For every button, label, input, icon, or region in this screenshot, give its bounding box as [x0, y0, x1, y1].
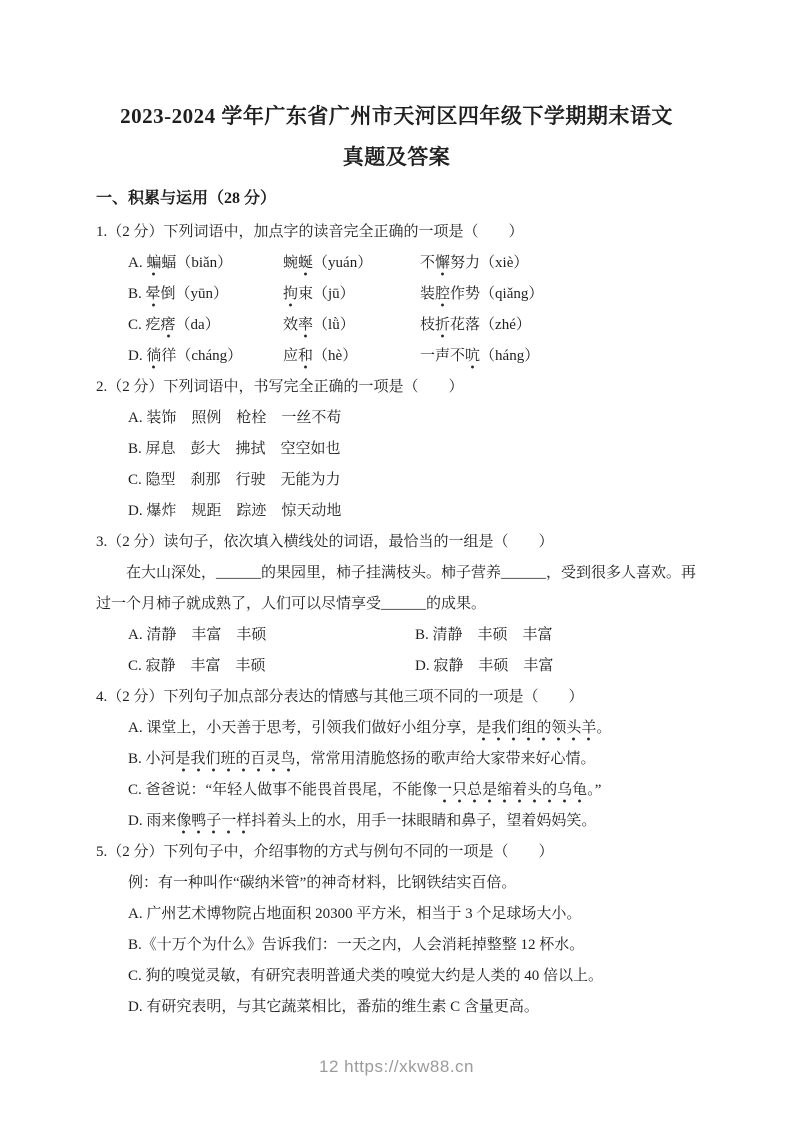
section-heading: 一、积累与运用（28 分） [96, 188, 697, 210]
document-title-line-2: 真题及答案 [96, 137, 697, 178]
question-1-stem: 1.（2 分）下列词语中，加点字的读音完全正确的一项是（ ） [96, 222, 697, 242]
question-1-option-c: C. 疙瘩（da） 效率（lǜ） 枝折花落（zhé） [96, 315, 697, 335]
question-5-option-b: B.《十万个为什么》告诉我们：一天之内，人会消耗掉整整 12 杯水。 [96, 935, 697, 955]
question-3-option-b: B. 清静 丰硕 丰富 [415, 625, 697, 645]
option-word: A. 蝙蝠（biǎn） [128, 253, 283, 273]
question-4: 4.（2 分）下列句子加点部分表达的情感与其他三项不同的一项是（ ） A. 课堂… [96, 687, 697, 831]
option-word: 枝折花落（zhé） [420, 315, 697, 335]
question-5-example: 例：有一种叫作“碳纳米管”的神奇材料，比钢铁结实百倍。 [96, 873, 697, 893]
option-word: 效率（lǜ） [283, 315, 420, 335]
option-word: 应和（hè） [283, 346, 420, 366]
option-word: 拘束（jū） [283, 284, 420, 304]
page-footer: 12 https://xkw88.cn [0, 1057, 793, 1077]
question-3-options-row-2: C. 寂静 丰富 丰硕 D. 寂静 丰硕 丰富 [96, 656, 697, 676]
question-4-stem: 4.（2 分）下列句子加点部分表达的情感与其他三项不同的一项是（ ） [96, 687, 697, 707]
question-5: 5.（2 分）下列句子中，介绍事物的方式与例句不同的一项是（ ） 例：有一种叫作… [96, 842, 697, 1017]
question-5-option-a: A. 广州艺术博物院占地面积 20300 平方米，相当于 3 个足球场大小。 [96, 904, 697, 924]
question-1-option-b: B. 晕倒（yūn） 拘束（jū） 装腔作势（qiǎng） [96, 284, 697, 304]
option-word: 不懈努力（xiè） [420, 253, 697, 273]
question-4-option-a: A. 课堂上，小天善于思考，引领我们做好小组分享，是我们组的领头羊。 [96, 718, 697, 738]
question-5-stem: 5.（2 分）下列句子中，介绍事物的方式与例句不同的一项是（ ） [96, 842, 697, 862]
question-3-option-a: A. 清静 丰富 丰硕 [128, 625, 415, 645]
question-3: 3.（2 分）读句子，依次填入横线处的词语，最恰当的一组是（ ） 在大山深处，_… [96, 532, 697, 676]
option-word: 装腔作势（qiǎng） [420, 284, 697, 304]
option-word: B. 晕倒（yūn） [128, 284, 283, 304]
question-4-option-c: C. 爸爸说：“年轻人做事不能畏首畏尾，不能像一只总是缩着头的乌龟。” [96, 780, 697, 800]
question-3-stem: 3.（2 分）读句子，依次填入横线处的词语，最恰当的一组是（ ） [96, 532, 697, 552]
question-2-option-d: D. 爆炸 规距 踪迹 惊天动地 [96, 501, 697, 521]
option-word: C. 疙瘩（da） [128, 315, 283, 335]
question-2-option-b: B. 屏息 彭大 拂拭 空空如也 [96, 439, 697, 459]
document-title: 2023-2024 学年广东省广州市天河区四年级下学期期末语文 真题及答案 [96, 96, 697, 178]
question-5-option-c: C. 狗的嗅觉灵敏，有研究表明普通犬类的嗅觉大约是人类的 40 倍以上。 [96, 966, 697, 986]
question-5-option-d: D. 有研究表明，与其它蔬菜相比，番茄的维生素 C 含量更高。 [96, 997, 697, 1017]
question-2-option-a: A. 装饰 照例 枪栓 一丝不苟 [96, 408, 697, 428]
question-2-option-c: C. 隐型 刹那 行驶 无能为力 [96, 470, 697, 490]
question-3-passage-line-1: 在大山深处，______的果园里，柿子挂满枝头。柿子营养______，受到很多人… [96, 563, 697, 583]
option-word: 蜿蜒（yuán） [283, 253, 420, 273]
option-word: 一声不吭（háng） [420, 346, 697, 366]
question-4-option-d: D. 雨来像鸭子一样抖着头上的水，用手一抹眼睛和鼻子，望着妈妈笑。 [96, 811, 697, 831]
question-2: 2.（2 分）下列词语中，书写完全正确的一项是（ ） A. 装饰 照例 枪栓 一… [96, 377, 697, 521]
document-title-line-1: 2023-2024 学年广东省广州市天河区四年级下学期期末语文 [96, 96, 697, 137]
question-1: 1.（2 分）下列词语中，加点字的读音完全正确的一项是（ ） A. 蝙蝠（biǎ… [96, 222, 697, 366]
question-1-option-a: A. 蝙蝠（biǎn） 蜿蜒（yuán） 不懈努力（xiè） [96, 253, 697, 273]
question-3-options-row-1: A. 清静 丰富 丰硕 B. 清静 丰硕 丰富 [96, 625, 697, 645]
question-4-option-b: B. 小河是我们班的百灵鸟，常常用清脆悠扬的歌声给大家带来好心情。 [96, 749, 697, 769]
question-3-option-d: D. 寂静 丰硕 丰富 [415, 656, 697, 676]
option-word: D. 徜徉（cháng） [128, 346, 283, 366]
question-2-stem: 2.（2 分）下列词语中，书写完全正确的一项是（ ） [96, 377, 697, 397]
exam-page: 2023-2024 学年广东省广州市天河区四年级下学期期末语文 真题及答案 一、… [0, 0, 793, 1122]
question-1-option-d: D. 徜徉（cháng） 应和（hè） 一声不吭（háng） [96, 346, 697, 366]
question-3-passage-line-2: 过一个月柿子就成熟了，人们可以尽情享受______的成果。 [96, 594, 697, 614]
question-3-option-c: C. 寂静 丰富 丰硕 [128, 656, 415, 676]
